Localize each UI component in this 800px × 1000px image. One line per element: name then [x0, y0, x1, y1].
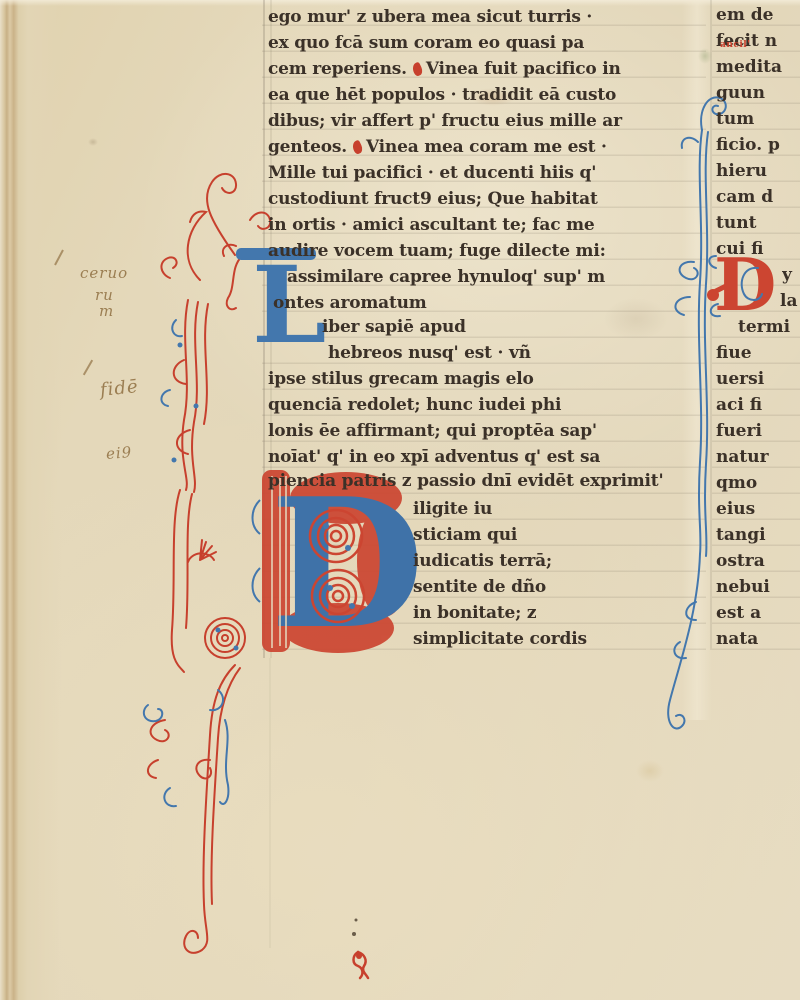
text-line: custodiunt fruct9 eius; Que habitat — [268, 186, 598, 212]
right-column-line: medita — [716, 54, 800, 80]
right-column-line: cui fi — [716, 236, 800, 262]
right-column-line: est a — [716, 600, 800, 626]
small-speck — [88, 138, 98, 146]
text-segment: Vinea fuit pacifico in — [426, 59, 621, 79]
right-column-line: em de — [716, 2, 800, 28]
right-column-line: la — [780, 288, 800, 314]
text-line: sticiam qui — [413, 522, 517, 548]
paraph-mark — [350, 140, 364, 156]
page-edge-left — [0, 0, 62, 1000]
parchment-spot — [636, 760, 664, 782]
right-column-line: qmo — [716, 470, 800, 496]
text-line: lonis ēe affirmant; qui proptēa sap' — [268, 418, 597, 444]
text-line: ipse stilus grecam magis elo — [268, 366, 534, 392]
text-line: iber sapiē apud — [322, 314, 466, 340]
text-line: dibus; vir affert p' fructu eius mille a… — [268, 108, 622, 134]
text-line: piencia patris z passio dnī evidēt expri… — [268, 468, 663, 494]
right-column-line: y — [782, 262, 800, 288]
right-column-line: hieru — [716, 158, 800, 184]
text-segment: genteos. — [268, 137, 347, 157]
scribal-mark — [342, 914, 376, 984]
text-segment: cem reperiens. — [268, 59, 407, 79]
text-line: in ortis · amici ascultant te; fac me — [268, 212, 594, 238]
text-line: audire vocem tuam; fuge dilecte mi: — [268, 238, 606, 264]
text-line: hebreos nusq' est · vñ — [328, 340, 531, 366]
right-column-line: uersi — [716, 366, 800, 392]
right-column-line: ostra — [716, 548, 800, 574]
text-segment: Vinea mea coram me est · — [366, 137, 607, 157]
text-line: iudicatis terrā; — [413, 548, 552, 574]
right-column-line: natur — [716, 444, 800, 470]
text-line: Mille tui pacifici · et ducenti hiis q' — [268, 160, 596, 186]
text-line: noīat' q' in eo xpī adventus q' est sa — [268, 444, 600, 470]
text-line: ontes aromatum — [273, 290, 427, 316]
interlinear-gloss-red: ancil' — [720, 40, 750, 50]
text-line: in bonitate; z — [413, 600, 536, 626]
gloss-slash-mark — [83, 360, 93, 376]
paraph-mark — [410, 62, 424, 78]
manuscript-page: L D — [0, 0, 800, 1000]
right-column-line: ficio. p — [716, 132, 800, 158]
text-line: ea que hēt populos · tradidit eā custo — [268, 82, 616, 108]
green-speck — [698, 48, 712, 64]
right-column-line: tum — [716, 106, 800, 132]
right-column-line: aci fi — [716, 392, 800, 418]
text-line: sentite de dño — [413, 574, 546, 600]
text-line: iligite iu — [413, 496, 492, 522]
text-line: quenciā redolet; hunc iudei phi — [268, 392, 561, 418]
text-line: simplicitate cordis — [413, 626, 587, 652]
right-column-line: nata — [716, 626, 800, 652]
right-column-line: guun — [716, 80, 800, 106]
right-column-line: cam d — [716, 184, 800, 210]
text-line: genteos.Vinea mea coram me est · — [268, 134, 607, 160]
right-column-line: termi — [738, 314, 800, 340]
text-line: assimilare capree hynuloq' sup' m — [287, 264, 605, 290]
margin-gloss-cervorum: m — [99, 302, 114, 320]
margin-gloss-eius: ei9 — [105, 443, 132, 463]
margin-gloss-cervorum: ceruo — [80, 264, 128, 282]
right-column-line: tangi — [716, 522, 800, 548]
text-line: cem reperiens.Vinea fuit pacifico in — [268, 56, 621, 82]
right-column-line: fiue — [716, 340, 800, 366]
right-column-line: nebui — [716, 574, 800, 600]
right-column-line: eius — [716, 496, 800, 522]
text-line: ego mur' z ubera mea sicut turris · — [268, 4, 592, 30]
right-column-line: fueri — [716, 418, 800, 444]
right-blue-flourish — [650, 82, 725, 752]
right-column-line: tunt — [716, 210, 800, 236]
margin-gloss-fide: fidē — [99, 376, 140, 401]
text-line: ex quo fcā sum coram eo quasi pa — [268, 30, 584, 56]
